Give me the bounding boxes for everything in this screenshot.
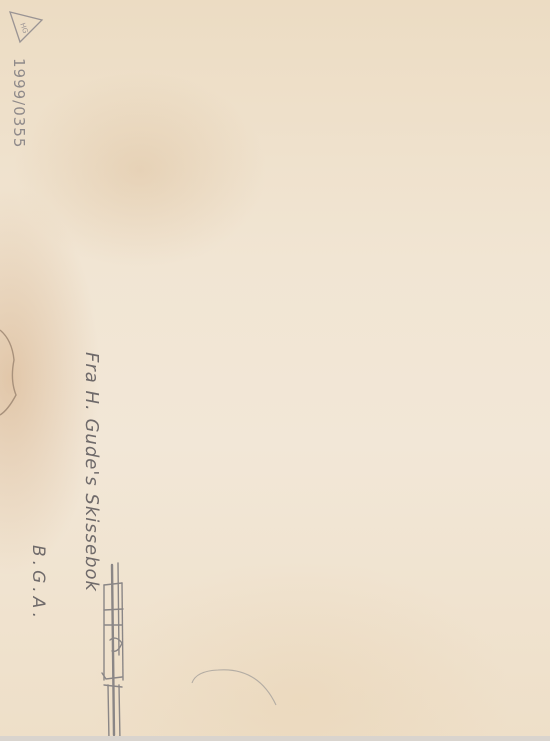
svg-text:HG: HG xyxy=(18,22,29,35)
triangle-stamp-icon: HG xyxy=(6,6,46,46)
paper-sheet: HG 1999/0355 Fra H. Gude's Skissebok B.G… xyxy=(0,0,550,741)
handwritten-note-line2: B.G.A. xyxy=(28,545,48,622)
pencil-sketch-icon xyxy=(92,555,138,741)
scan-bottom-edge xyxy=(0,736,550,741)
pencil-arc-icon xyxy=(188,665,298,710)
accession-number: 1999/0355 xyxy=(10,58,28,148)
edge-sketch-fragment-icon xyxy=(0,320,18,420)
